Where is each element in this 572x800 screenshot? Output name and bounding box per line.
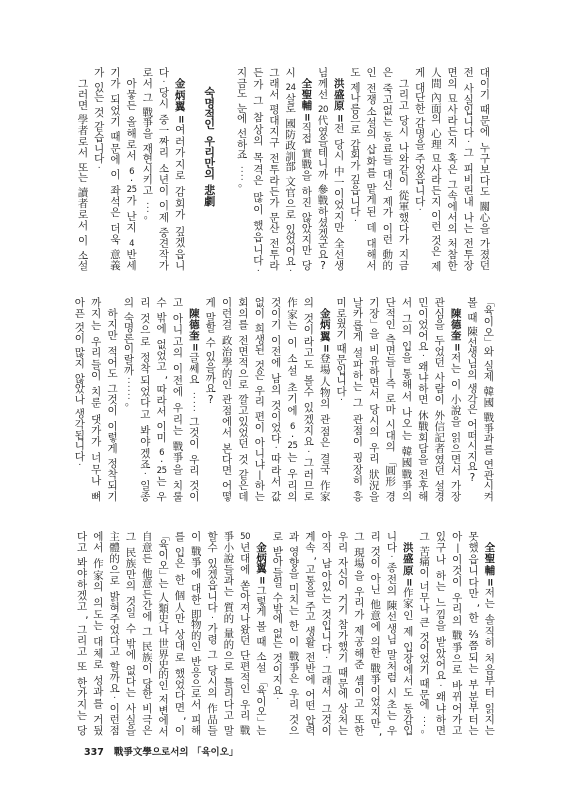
glyph: 金 bbox=[255, 543, 268, 554]
glyph: 이 bbox=[188, 439, 201, 450]
glyph: 作 bbox=[92, 559, 105, 570]
glyph: . bbox=[414, 207, 427, 211]
text-column: 리 것으로 정착되었다고 봐야겠죠. 일종 bbox=[137, 298, 153, 503]
glyph: 에 bbox=[190, 569, 203, 580]
glyph: 況 bbox=[368, 481, 381, 492]
glyph: 서 bbox=[402, 676, 415, 687]
glyph: 때 bbox=[255, 637, 268, 648]
glyph: 의 bbox=[384, 442, 397, 453]
glyph: 리 bbox=[368, 454, 381, 465]
glyph: 서 bbox=[77, 148, 90, 159]
glyph: 이 bbox=[418, 568, 431, 579]
glyph: 는 bbox=[124, 688, 137, 699]
glyph: 죠 bbox=[236, 150, 249, 161]
glyph: 왔 bbox=[239, 625, 252, 636]
glyph: 지 bbox=[125, 223, 138, 234]
glyph: 이 bbox=[106, 406, 119, 417]
glyph: 의 bbox=[368, 427, 381, 438]
glyph: 로 bbox=[349, 125, 362, 136]
glyph: 라 bbox=[270, 466, 283, 477]
text-column: 人間 內面의 心理 묘사라든지 이런 것은 제 bbox=[428, 68, 444, 272]
glyph: = bbox=[320, 342, 331, 355]
glyph: 우 bbox=[155, 492, 168, 503]
glyph: 처 bbox=[385, 662, 398, 673]
text-column: 면의 묘사라든지 혹은 그속에서의 처참한 bbox=[444, 68, 460, 272]
glyph: 에 bbox=[171, 387, 184, 398]
glyph: 서 bbox=[221, 428, 234, 439]
glyph: 올 bbox=[125, 117, 138, 128]
glyph: 고 bbox=[171, 337, 184, 348]
glyph: 陳 bbox=[450, 309, 463, 320]
glyph: 겠 bbox=[139, 449, 152, 460]
glyph: 全 bbox=[300, 79, 313, 90]
glyph: 셨 bbox=[317, 218, 330, 229]
glyph: 나 bbox=[401, 408, 414, 419]
glyph: 도 bbox=[92, 610, 105, 621]
glyph: 기 bbox=[368, 298, 381, 309]
glyph: 통 bbox=[304, 576, 317, 587]
glyph: 맡 bbox=[365, 184, 378, 195]
glyph: 남 bbox=[270, 374, 283, 385]
glyph: 따 bbox=[270, 454, 283, 465]
glyph: 을 bbox=[478, 224, 491, 235]
text-column: 의 것이라고도 볼수 있겠지요. 그러므로 bbox=[301, 298, 317, 503]
glyph: 면 bbox=[434, 726, 447, 737]
glyph: 의 bbox=[122, 298, 135, 309]
glyph: 意 bbox=[141, 543, 154, 554]
glyph: 聖 bbox=[300, 90, 313, 101]
glyph: 의 bbox=[92, 598, 105, 609]
glyph: 全 bbox=[483, 543, 496, 554]
glyph: 미 bbox=[155, 433, 168, 444]
glyph: 적 bbox=[106, 347, 119, 358]
glyph: 쯤 bbox=[467, 641, 480, 652]
glyph: 좌 bbox=[109, 186, 122, 197]
glyph: 반 bbox=[125, 250, 138, 261]
glyph: 의 bbox=[237, 309, 250, 320]
glyph: 너 bbox=[90, 453, 103, 464]
glyph: 직 bbox=[483, 627, 496, 638]
glyph: 의 bbox=[206, 688, 219, 699]
glyph: 外 bbox=[433, 411, 446, 422]
glyph: 설 bbox=[365, 118, 378, 129]
glyph: 가 bbox=[157, 261, 170, 272]
glyph: 에 bbox=[239, 565, 252, 576]
glyph: 戰 bbox=[317, 196, 330, 207]
glyph: 부 bbox=[467, 680, 480, 691]
glyph: 지 bbox=[483, 715, 496, 726]
glyph: 게 bbox=[365, 195, 378, 206]
glyph: 던 bbox=[433, 358, 446, 369]
text-column: 과 영향을 미치는 한 이 戰爭은 우리 것으 bbox=[286, 532, 302, 737]
glyph: 이 bbox=[320, 726, 333, 737]
glyph: 어 bbox=[434, 660, 447, 671]
glyph: 이 bbox=[73, 334, 86, 345]
glyph: 24 bbox=[284, 83, 297, 94]
glyph: 는 bbox=[381, 117, 394, 128]
glyph: 는 bbox=[467, 726, 480, 737]
glyph: 人 bbox=[173, 603, 186, 614]
glyph: 해 bbox=[365, 250, 378, 261]
glyph: 를 bbox=[482, 445, 495, 456]
speaker-column: 金炳翼=여러가지로 감회가 깊겠읍니 bbox=[172, 68, 188, 272]
glyph: 있 bbox=[320, 582, 333, 593]
glyph: 던 bbox=[237, 439, 250, 450]
glyph: 에 bbox=[271, 614, 284, 625]
glyph: 랄 bbox=[122, 355, 135, 366]
glyph: 리 bbox=[188, 466, 201, 477]
glyph: 나 bbox=[157, 625, 170, 635]
glyph: 볼 bbox=[466, 298, 479, 309]
glyph: 점 bbox=[319, 427, 332, 438]
text-column: 이런걸 政治學的인 관점에서 본다면 어떻 bbox=[219, 298, 235, 503]
glyph: 을 bbox=[171, 465, 184, 476]
glyph: 狀 bbox=[368, 470, 381, 481]
glyph: 」 bbox=[485, 336, 493, 349]
text-column: 대이기 때문에 누구보다도 關心을 가졌던 bbox=[477, 68, 493, 272]
section-heading: 숙명적인 우리만의 悲劇 bbox=[202, 68, 218, 272]
glyph: 的 bbox=[221, 369, 234, 380]
glyph: 고 bbox=[76, 647, 89, 658]
glyph: 爭 bbox=[171, 453, 184, 464]
glyph: . bbox=[271, 696, 284, 700]
glyph: 누 bbox=[478, 143, 491, 154]
glyph: , bbox=[467, 601, 480, 608]
glyph: . bbox=[462, 139, 475, 143]
glyph: 이 bbox=[77, 236, 90, 247]
glyph: 은 bbox=[109, 208, 122, 219]
glyph: 들 bbox=[90, 360, 103, 371]
glyph: 어 bbox=[304, 690, 317, 701]
glyph: 였 bbox=[433, 455, 446, 466]
glyph: 하 bbox=[106, 309, 119, 320]
glyph: 는 bbox=[320, 594, 333, 605]
text-column: 로서 그 戰爭을 재현시키고 ...。 bbox=[140, 68, 156, 272]
glyph: 리 bbox=[397, 90, 410, 101]
glyph: 우 bbox=[353, 587, 366, 598]
glyph: 말 bbox=[222, 726, 235, 737]
glyph: 할 bbox=[204, 323, 217, 334]
glyph: 때 bbox=[466, 313, 479, 324]
glyph: 로 bbox=[284, 104, 297, 115]
glyph: 도 bbox=[302, 360, 315, 371]
glyph: 의 bbox=[203, 170, 216, 181]
glyph: 했 bbox=[467, 543, 480, 554]
text-column: 할수 있겠읍니다. 가령 그 당시의 作品들 bbox=[204, 532, 220, 737]
glyph: . bbox=[284, 268, 297, 272]
glyph: 로 bbox=[141, 68, 154, 79]
glyph: 다 bbox=[139, 398, 152, 409]
glyph: 소 bbox=[157, 164, 170, 175]
glyph: 는 bbox=[483, 726, 496, 737]
glyph: 회 bbox=[174, 199, 187, 210]
glyph: 욱 bbox=[109, 235, 122, 246]
glyph: 국 bbox=[319, 465, 332, 476]
glyph: 년 bbox=[157, 175, 170, 186]
text-column: 아직 남아있는 것입니다. 그래서 그것이 bbox=[319, 532, 335, 737]
glyph: 도 bbox=[402, 688, 415, 699]
glyph: 者 bbox=[433, 444, 446, 455]
glyph: 혹 bbox=[446, 154, 459, 165]
glyph: 爭 bbox=[222, 532, 235, 543]
glyph: 는 bbox=[93, 93, 106, 104]
glyph: 읍 bbox=[349, 186, 362, 197]
glyph: 값 bbox=[270, 492, 283, 503]
glyph: 서 bbox=[368, 389, 381, 400]
glyph: 을 bbox=[414, 140, 427, 151]
glyph: · bbox=[155, 459, 168, 465]
glyph: 의 bbox=[124, 581, 137, 592]
glyph: 시 bbox=[333, 151, 346, 162]
glyph: 가 bbox=[76, 689, 89, 700]
glyph: 翼 bbox=[174, 102, 187, 113]
text-column: 아픈 것이 많지 않았나 생각됩니다. bbox=[72, 298, 88, 503]
glyph: 爭 bbox=[369, 675, 382, 686]
glyph: 밝 bbox=[108, 592, 121, 603]
glyph: 이 bbox=[221, 298, 234, 309]
glyph: 間 bbox=[430, 79, 443, 90]
glyph: 그 bbox=[77, 79, 90, 90]
glyph: 장 bbox=[402, 654, 415, 665]
text-column: 관심을 두었던 사람이 外信記者였던 설경 bbox=[432, 298, 448, 503]
glyph: 그 bbox=[252, 96, 265, 107]
glyph: 니 bbox=[414, 186, 427, 197]
glyph: 계 bbox=[304, 532, 317, 543]
glyph: 구 bbox=[478, 154, 491, 165]
glyph: 家 bbox=[319, 492, 332, 503]
glyph: 는 bbox=[271, 639, 284, 650]
glyph: 戰 bbox=[171, 442, 184, 453]
glyph: 것 bbox=[93, 108, 106, 119]
glyph: 戰 bbox=[239, 726, 252, 737]
glyph: 가 bbox=[206, 624, 219, 635]
glyph: 한 bbox=[141, 689, 154, 700]
glyph: 내 bbox=[462, 197, 475, 208]
text-column: 다고 봐야하겠고, 그리고 또 한가지는 당 bbox=[74, 532, 90, 737]
glyph: 죽 bbox=[381, 84, 394, 95]
glyph: 제 bbox=[482, 372, 495, 383]
glyph: 信 bbox=[433, 422, 446, 433]
glyph: 입 bbox=[173, 548, 186, 559]
glyph: 는 bbox=[450, 364, 463, 375]
glyph: 해 bbox=[190, 726, 203, 737]
glyph: 量 bbox=[222, 629, 235, 640]
glyph: 아 bbox=[125, 79, 138, 90]
glyph: 休 bbox=[417, 411, 430, 422]
glyph: = bbox=[175, 112, 186, 125]
glyph: 品 bbox=[206, 715, 219, 726]
glyph: 실 bbox=[124, 715, 137, 726]
glyph: 서 bbox=[320, 687, 333, 698]
glyph: 카 bbox=[351, 309, 364, 320]
glyph: 이 bbox=[451, 555, 464, 566]
word-space bbox=[130, 162, 134, 166]
glyph: 을 bbox=[401, 353, 414, 364]
glyph: 이 bbox=[302, 325, 315, 336]
glyph: 은 bbox=[252, 176, 265, 187]
glyph: 의 bbox=[365, 129, 378, 140]
glyph: 한 bbox=[446, 261, 459, 272]
glyph: 지 bbox=[302, 426, 315, 437]
glyph: 었 bbox=[333, 200, 346, 211]
glyph: 경 bbox=[433, 492, 446, 503]
glyph: 25 bbox=[125, 185, 138, 196]
glyph: = bbox=[485, 576, 496, 589]
glyph: 했 bbox=[252, 221, 265, 232]
column-spacer bbox=[188, 68, 201, 69]
glyph: 님 bbox=[385, 635, 398, 646]
glyph: 가 bbox=[252, 80, 265, 91]
glyph: 가 bbox=[451, 715, 464, 726]
glyph: 회 bbox=[237, 298, 250, 309]
glyph: 고 bbox=[139, 410, 152, 421]
glyph: 또 bbox=[353, 715, 366, 726]
glyph: 읽 bbox=[483, 704, 496, 715]
glyph: 一 bbox=[157, 126, 170, 137]
glyph: 제 bbox=[430, 262, 443, 273]
glyph: 여 bbox=[174, 125, 187, 136]
glyph: 게 bbox=[204, 298, 217, 309]
glyph: 을 bbox=[300, 171, 313, 182]
glyph: 지 bbox=[369, 708, 382, 719]
glyph: 이 bbox=[253, 423, 266, 434]
glyph: 우 bbox=[337, 532, 350, 543]
glyph: 로 bbox=[77, 210, 90, 221]
glyph: 리 bbox=[353, 598, 366, 609]
glyph: 盛 bbox=[402, 554, 415, 565]
glyph: 같 bbox=[237, 470, 250, 481]
glyph: 전 bbox=[385, 575, 398, 586]
text-column: 지금도 눈에 선하죠 ....。 bbox=[234, 68, 250, 272]
glyph: 을 bbox=[433, 320, 446, 331]
glyph: 고 bbox=[381, 95, 394, 106]
glyph: 없 bbox=[155, 340, 168, 351]
glyph: 인 bbox=[384, 320, 397, 331]
glyph: 되 bbox=[109, 95, 122, 106]
glyph: 이 bbox=[253, 309, 266, 320]
glyph: 하 bbox=[368, 367, 381, 378]
glyph: 까 bbox=[90, 298, 103, 309]
glyph: 은 bbox=[173, 559, 186, 570]
glyph: 소 bbox=[286, 354, 299, 365]
glyph: 남 bbox=[320, 559, 333, 570]
text-column: 로 받아들일 수밖에 없는 것이지요. bbox=[270, 532, 286, 737]
glyph: 었 bbox=[155, 351, 168, 362]
glyph: 해 bbox=[125, 129, 138, 140]
glyph: 면 bbox=[417, 395, 430, 406]
glyph: 응 bbox=[190, 668, 203, 679]
glyph: 전 bbox=[462, 239, 475, 250]
glyph: 은 bbox=[381, 68, 394, 79]
glyph: . bbox=[335, 397, 348, 401]
glyph: 이 bbox=[478, 79, 491, 90]
glyph: 목 bbox=[252, 153, 265, 164]
speaker-column: 全聖輔=저는 솔직히 처음부터 읽지는 bbox=[482, 532, 498, 737]
glyph: 이 bbox=[252, 205, 265, 216]
text-column: 리 것이 아닌 他意에 의한 戰爭이었지만, bbox=[368, 532, 384, 737]
glyph: 당 bbox=[368, 405, 381, 416]
glyph: 原 bbox=[402, 566, 415, 577]
glyph: 닌 bbox=[369, 585, 382, 596]
glyph: 중 bbox=[157, 115, 170, 126]
glyph: 이 bbox=[270, 336, 283, 347]
glyph: 우 bbox=[385, 726, 398, 737]
glyph: 다 bbox=[222, 700, 235, 711]
glyph: 니 bbox=[174, 261, 187, 272]
glyph: 세 bbox=[125, 261, 138, 272]
glyph: 金 bbox=[174, 79, 187, 90]
glyph: 는 bbox=[286, 453, 299, 464]
speaker-column: 陳德奎=저는 이 小說을 읽으면서 가장 bbox=[448, 298, 464, 503]
glyph: 구 bbox=[268, 138, 281, 149]
glyph: 의 bbox=[302, 298, 315, 309]
glyph: 롭 bbox=[351, 321, 364, 332]
glyph: 전 bbox=[462, 68, 475, 79]
glyph: 作 bbox=[319, 481, 332, 492]
page-footer: 337戰爭文學으로서의 「육이오」 bbox=[84, 747, 238, 758]
glyph: 을 bbox=[124, 726, 137, 737]
text-column: 다. 당시 중一짜리 소년이 이제 중견작가 bbox=[156, 68, 172, 272]
glyph: 픈 bbox=[73, 309, 86, 320]
glyph: 洪 bbox=[333, 79, 346, 90]
glyph: 다 bbox=[76, 532, 89, 543]
glyph: 의 bbox=[466, 370, 479, 381]
glyph: 전 bbox=[171, 376, 184, 387]
column-spacer bbox=[218, 68, 234, 69]
glyph: 었 bbox=[108, 625, 121, 636]
glyph: 이 bbox=[451, 577, 464, 588]
glyph: 관 bbox=[351, 415, 364, 426]
glyph: 화 bbox=[365, 157, 378, 168]
glyph: 까 bbox=[317, 170, 330, 181]
glyph: 서 bbox=[190, 700, 203, 711]
glyph: 」 bbox=[370, 318, 378, 331]
glyph: 그 bbox=[462, 148, 475, 159]
glyph: 오 bbox=[401, 419, 414, 430]
glyph: 뀌 bbox=[451, 692, 464, 703]
glyph: 炳 bbox=[319, 320, 332, 331]
glyph: 는 bbox=[401, 431, 414, 442]
glyph: 날 bbox=[351, 298, 364, 309]
glyph: 터 bbox=[467, 715, 480, 726]
text-column: 自意든 他意든간에 그 民族이 당한 비극은 bbox=[139, 532, 155, 737]
glyph: 이 bbox=[369, 558, 382, 569]
glyph: 그 bbox=[141, 627, 154, 638]
glyph: 는 bbox=[77, 173, 90, 184]
glyph: 이 bbox=[157, 186, 170, 197]
text-column: 회의를 전면적으로 깔고있었던 것 같은데 bbox=[235, 298, 251, 503]
text-column: 에서 作家의 의도는 대체로 성과를 거뒀 bbox=[90, 532, 106, 737]
glyph: = bbox=[334, 111, 345, 124]
glyph: 적 bbox=[384, 309, 397, 320]
glyph: 큰 bbox=[418, 618, 431, 629]
text-column: 시 24살로 國防政訓部 文官으로 있었어요. bbox=[283, 68, 299, 272]
glyph: 더 bbox=[109, 224, 122, 235]
text-column: 까지는 우리들이 치룬 댓가가 너무나 뼈 bbox=[88, 298, 104, 503]
glyph: 는 bbox=[385, 711, 398, 722]
glyph: 로 bbox=[174, 171, 187, 182]
glyph: 반 bbox=[190, 657, 203, 668]
glyph: 지 bbox=[73, 359, 86, 370]
glyph: 보 bbox=[478, 165, 491, 176]
glyph: 지 bbox=[333, 212, 346, 223]
glyph: 나 bbox=[434, 555, 447, 566]
glyph: . bbox=[349, 218, 362, 222]
glyph: 이 bbox=[397, 176, 410, 187]
glyph: 기 bbox=[418, 665, 431, 676]
glyph: 自 bbox=[141, 532, 154, 543]
glyph: 25 bbox=[155, 466, 168, 477]
